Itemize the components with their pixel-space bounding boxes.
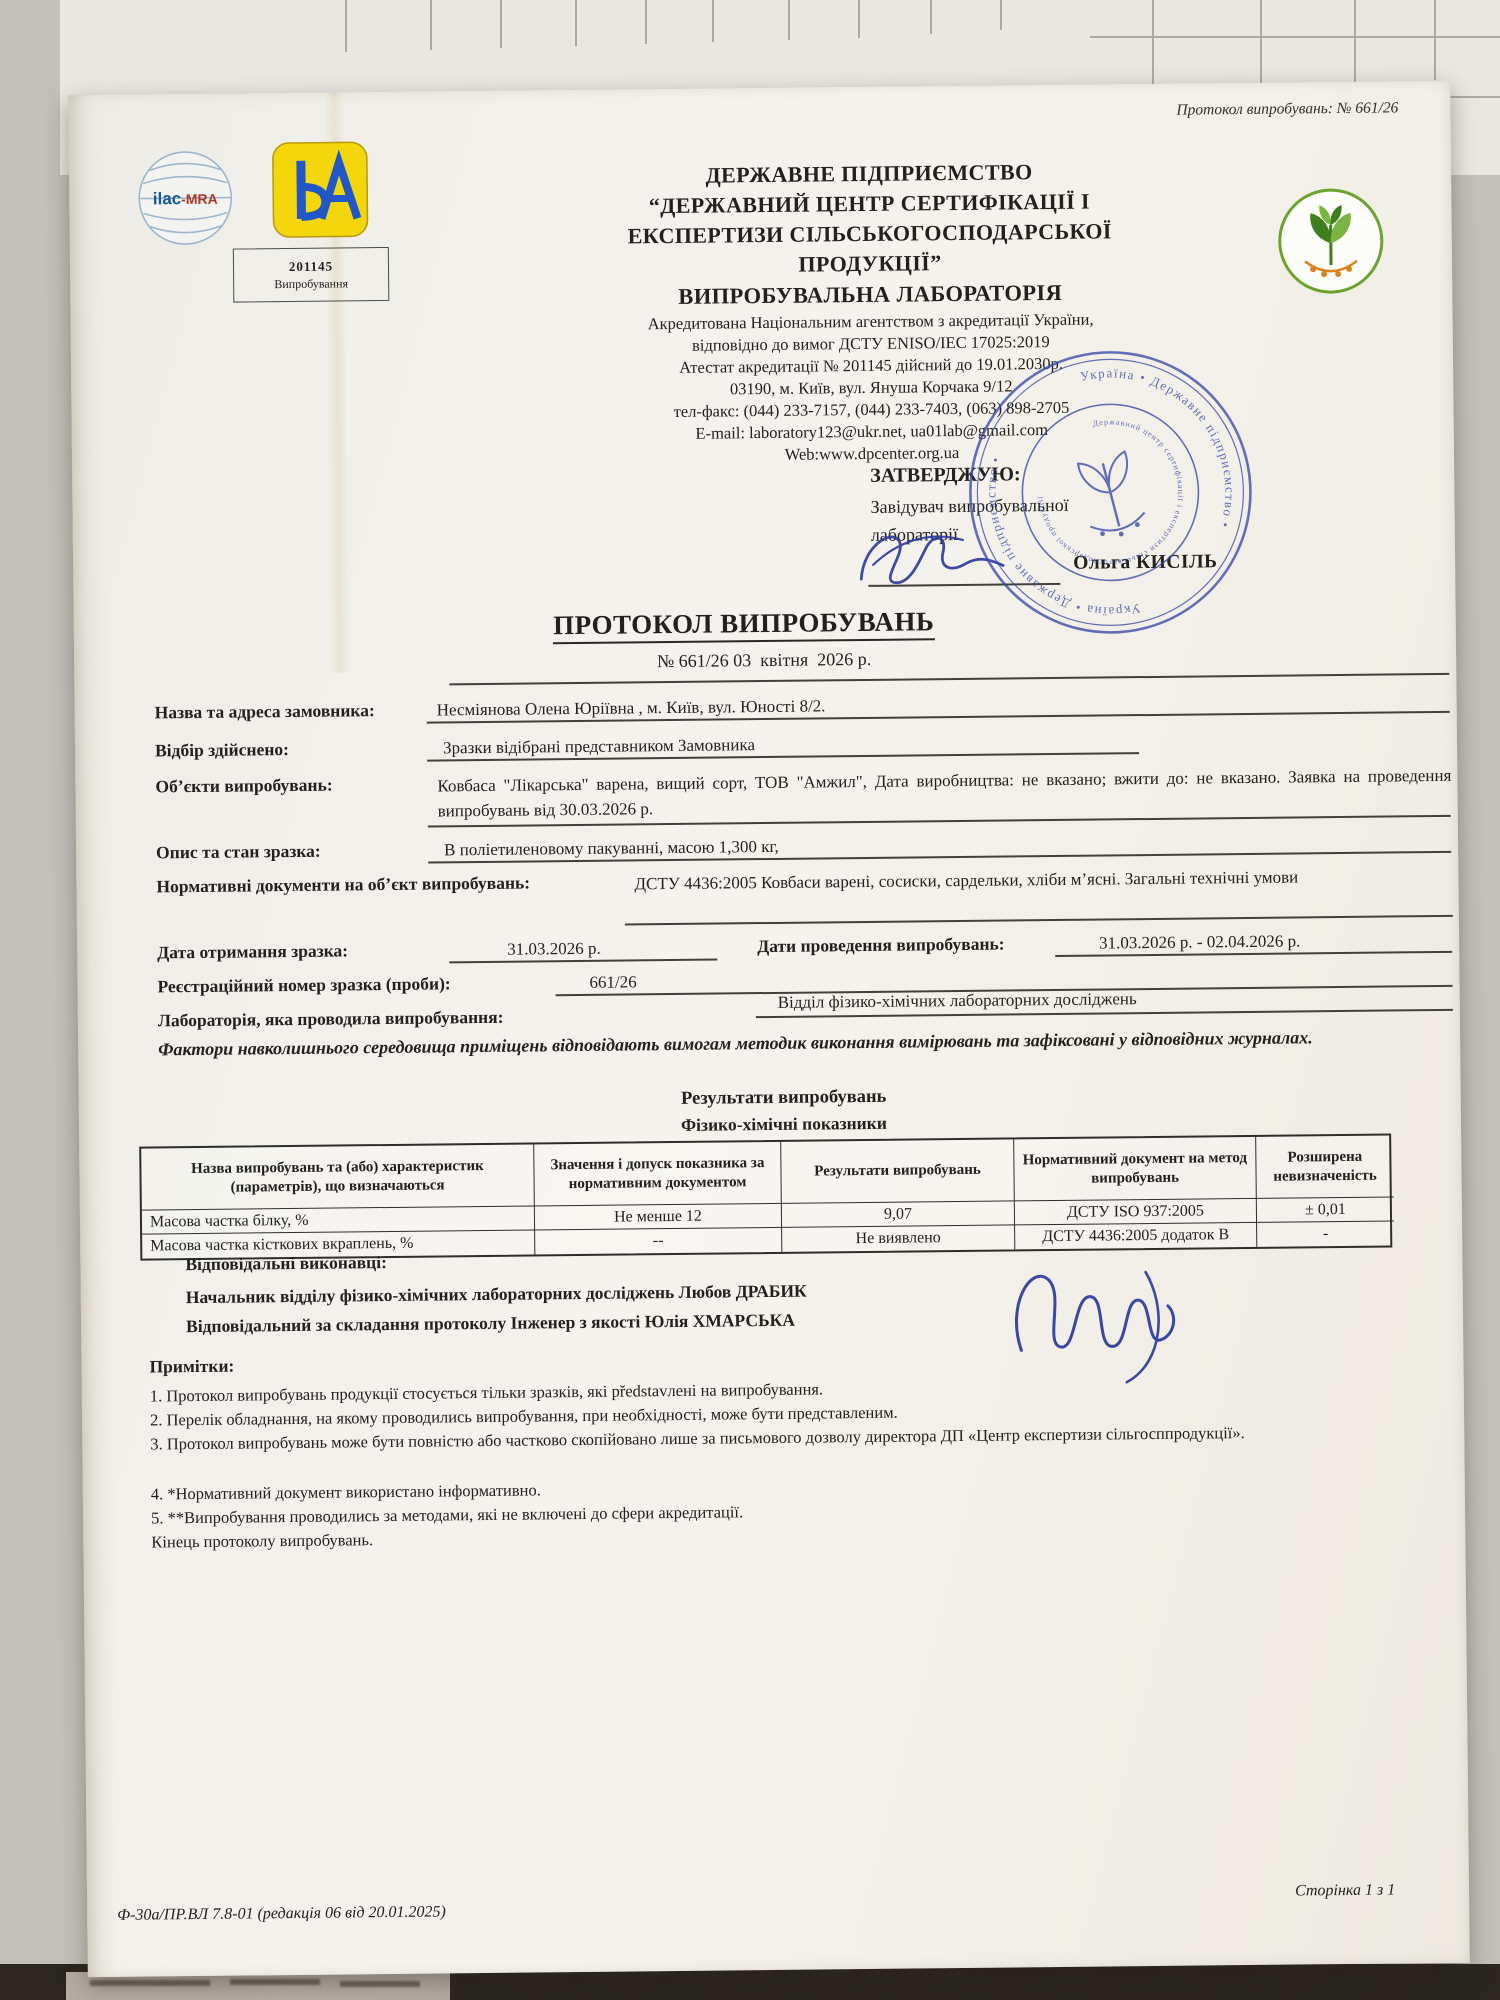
- table-header-cell: Назва випробувань та (або) характеристик…: [141, 1144, 535, 1210]
- field-value-date-tested: 31.03.2026 р. - 02.04.2026 р.: [1099, 931, 1300, 953]
- field-value-laboratory: Відділ фізико-хімічних лабораторних досл…: [778, 989, 1137, 1013]
- naau-logo-icon: [271, 140, 370, 239]
- table-header-cell: Розширена невизначеність: [1256, 1135, 1394, 1198]
- field-label-customer: Назва та адреса замовника:: [155, 700, 375, 723]
- executors-line2: Відповідальний за складання протоколу Ін…: [186, 1310, 795, 1337]
- field-value-reg-number: 661/26: [589, 972, 636, 992]
- note-item: 5. **Випробування проводились за методам…: [151, 1500, 743, 1529]
- field-value-customer: Несміянова Олена Юріївна , м. Київ, вул.…: [437, 696, 826, 720]
- accreditation-box: 201145 Випробування: [233, 247, 390, 303]
- table-cell: --: [535, 1228, 782, 1255]
- field-label-description: Опис та стан зразка:: [156, 841, 321, 864]
- agro-emblem-icon: [1274, 184, 1387, 297]
- field-value-description: В поліетиленовому пакуванні, масою 1,300…: [444, 837, 779, 861]
- executor-signature-icon: [995, 1244, 1197, 1391]
- field-label-normative: Нормативні документи на об’єкт випробува…: [156, 872, 530, 897]
- table-cell: ДСТУ ISO 937:2005: [1015, 1199, 1257, 1226]
- table-header-cell: Нормативний документ на метод випробуван…: [1014, 1137, 1257, 1202]
- field-label-date-tested: Дати проведення випробувань:: [757, 934, 1005, 958]
- svg-text:ilac-MRA: ilac-MRA: [153, 189, 218, 209]
- table-cell: -: [1257, 1221, 1394, 1246]
- protocol-page: Протокол випробувань: № 661/26 ilac-MRA …: [68, 81, 1470, 1977]
- accreditation-label: Випробування: [234, 275, 388, 292]
- footer-page-number: Сторінка 1 з 1: [1295, 1881, 1395, 1900]
- table-cell: Не виявлено: [782, 1225, 1015, 1251]
- note-item: 4. *Нормативний документ використано інф…: [151, 1478, 541, 1505]
- field-label-laboratory: Лабораторія, яка проводила випробування:: [158, 1007, 504, 1032]
- notes-end-line: Кінець протоколу випробувань.: [151, 1528, 373, 1553]
- field-label-objects: Об’єкти випробувань:: [155, 775, 332, 798]
- footer-form-code: Ф-30а/ПР.ВЛ 7.8-01 (редакція 06 від 20.0…: [117, 1903, 446, 1924]
- field-value-date-received: 31.03.2026 р.: [507, 939, 601, 960]
- results-table: Назва випробувань та (або) характеристик…: [139, 1133, 1392, 1260]
- executors-heading: Відповідальні виконавці:: [185, 1252, 387, 1275]
- field-label-reg-number: Реєстраційний номер зразка (проби):: [157, 973, 450, 997]
- accreditation-number: 201145: [234, 257, 388, 275]
- corner-protocol-ref: Протокол випробувань: № 661/26: [1176, 99, 1398, 119]
- document-photo: Протокол випробувань: № 661/26 ilac-MRA …: [0, 0, 1500, 2000]
- table-header-cell: Значення і допуск показника за нормативн…: [534, 1142, 782, 1207]
- field-value-sampling: Зразки відібрані представником Замовника: [443, 735, 755, 758]
- ilac-text: ilac: [153, 189, 182, 208]
- notes-heading: Примітки:: [149, 1356, 234, 1378]
- mra-text: -MRA: [181, 191, 218, 207]
- table-header-cell: Результати випробувань: [781, 1139, 1015, 1203]
- table-cell: 9,07: [782, 1201, 1015, 1227]
- field-label-sampling: Відбір здійснено:: [155, 739, 289, 761]
- table-cell: ± 0,01: [1257, 1197, 1394, 1222]
- table-cell: Не менше 12: [535, 1204, 782, 1231]
- round-stamp-icon: Україна • Державне підприємство • Україн…: [959, 341, 1262, 644]
- field-value-normative: ДСТУ 4436:2005 Ковбаси варені, сосиски, …: [634, 863, 1452, 897]
- field-label-date-received: Дата отримання зразка:: [157, 940, 348, 963]
- doc-number-date: № 661/26 03 квітня 2026 р.: [414, 646, 1114, 674]
- field-value-objects: Ковбаса "Лікарська" варена, вищий сорт, …: [437, 763, 1451, 824]
- ilac-mra-logo-icon: ilac-MRA: [135, 148, 236, 249]
- executors-line1: Начальник відділу фізико-хімічних лабора…: [186, 1281, 807, 1309]
